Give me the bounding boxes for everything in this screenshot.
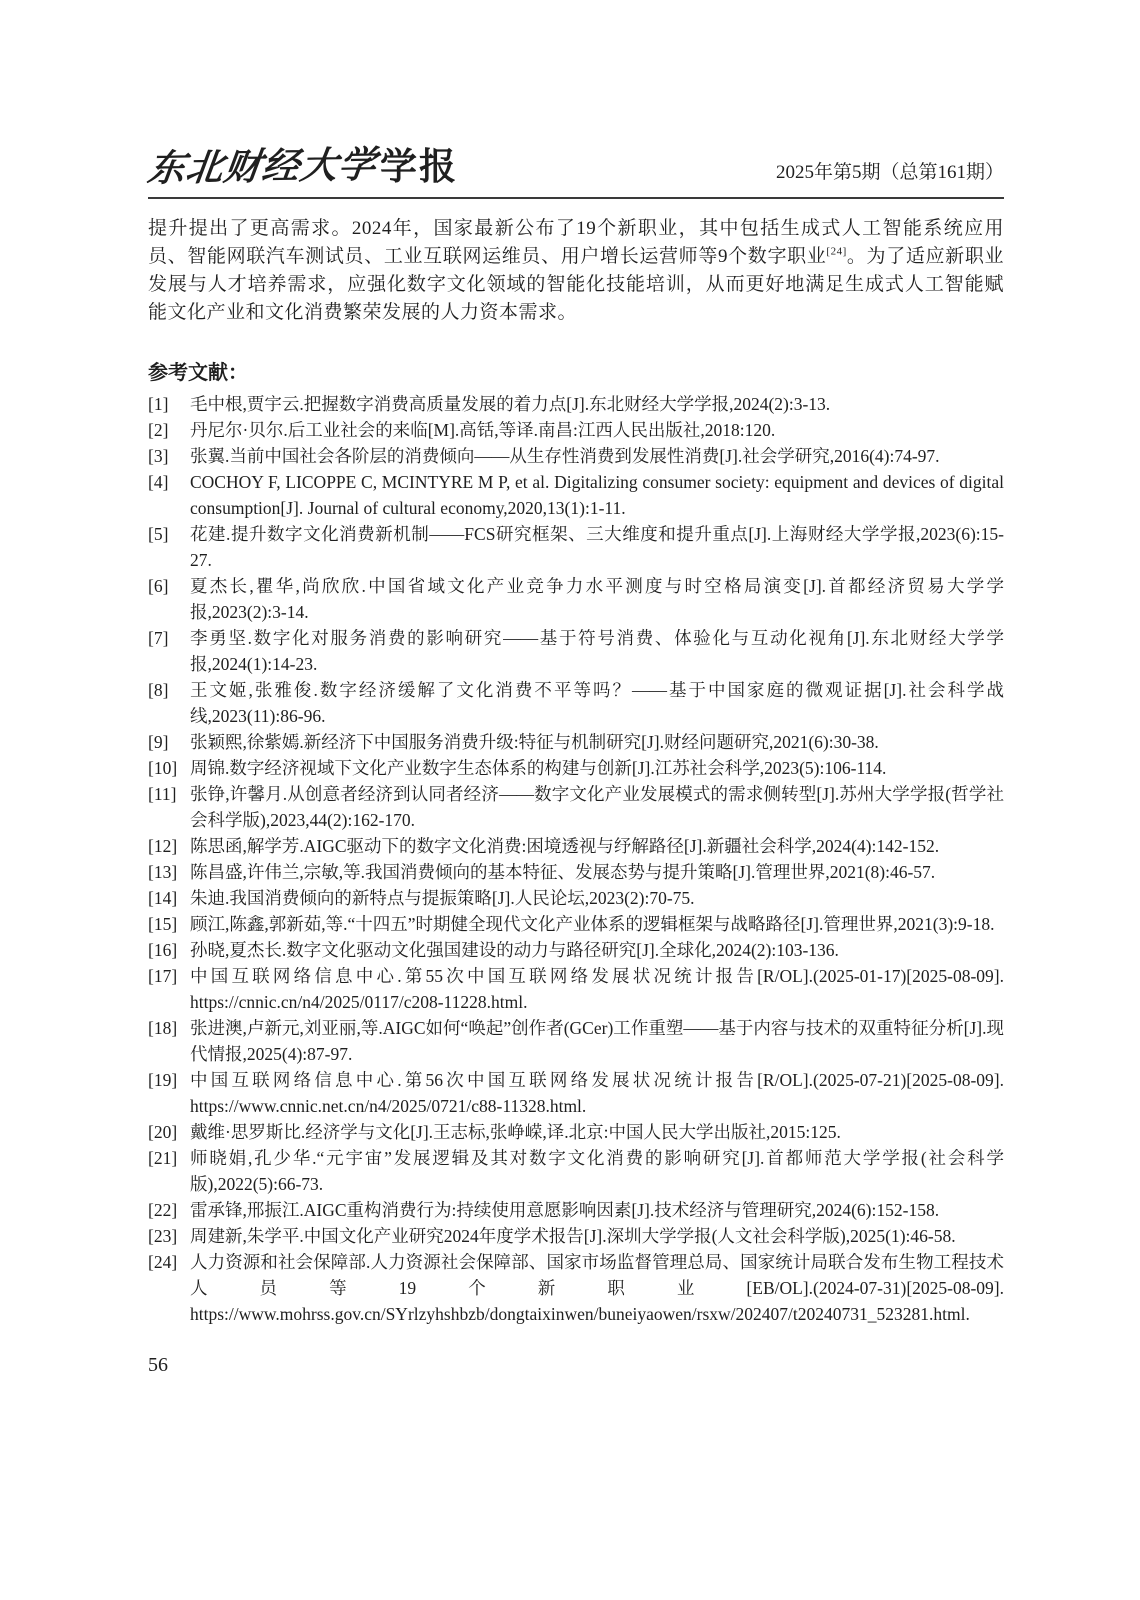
reference-item: [5]花建.提升数字文化消费新机制——FCS研究框架、三大维度和提升重点[J].… [148,521,1004,573]
reference-number: [10] [148,755,177,781]
reference-item: [21]师晓娟,孔少华.“元宇宙”发展逻辑及其对数字文化消费的影响研究[J].首… [148,1145,1004,1197]
reference-number: [12] [148,833,177,859]
reference-item: [22]雷承锋,邢振江.AIGC重构消费行为:持续使用意愿影响因素[J].技术经… [148,1197,1004,1223]
reference-text: 张颖熙,徐紫嫣.新经济下中国服务消费升级:特征与机制研究[J].财经问题研究,2… [190,732,879,752]
reference-item: [12]陈思函,解学芳.AIGC驱动下的数字文化消费:困境透视与纾解路径[J].… [148,833,1004,859]
page-header: 东北财经大学学报 2025年第5期（总第161期） [148,146,1004,199]
journal-name-suffix: 学报 [380,146,458,190]
reference-number: [1] [148,391,168,417]
reference-text: 王文姬,张雅俊.数字经济缓解了文化消费不平等吗？——基于中国家庭的微观证据[J]… [190,680,1004,726]
reference-number: [22] [148,1197,177,1223]
reference-text: 张翼.当前中国社会各阶层的消费倾向——从生存性消费到发展性消费[J].社会学研究… [190,446,940,466]
reference-item: [6]夏杰长,瞿华,尚欣欣.中国省域文化产业竞争力水平测度与时空格局演变[J].… [148,573,1004,625]
reference-number: [24] [148,1249,177,1275]
reference-item: [16]孙晓,夏杰长.数字文化驱动文化强国建设的动力与路径研究[J].全球化,2… [148,937,1004,963]
reference-text: 李勇坚.数字化对服务消费的影响研究——基于符号消费、体验化与互动化视角[J].东… [190,628,1004,674]
reference-item: [1]毛中根,贾宇云.把握数字消费高质量发展的着力点[J].东北财经大学学报,2… [148,391,1004,417]
reference-text: 夏杰长,瞿华,尚欣欣.中国省域文化产业竞争力水平测度与时空格局演变[J].首都经… [190,576,1004,622]
reference-number: [2] [148,417,168,443]
reference-text: 花建.提升数字文化消费新机制——FCS研究框架、三大维度和提升重点[J].上海财… [190,524,1004,570]
reference-text: 朱迪.我国消费倾向的新特点与提振策略[J].人民论坛,2023(2):70-75… [190,888,695,908]
reference-number: [17] [148,963,177,989]
reference-text: 张铮,许馨月.从创意者经济到认同者经济——数字文化产业发展模式的需求侧转型[J]… [190,784,1004,830]
reference-number: [8] [148,677,168,703]
reference-item: [3]张翼.当前中国社会各阶层的消费倾向——从生存性消费到发展性消费[J].社会… [148,443,1004,469]
reference-text: 戴维·思罗斯比.经济学与文化[J].王志标,张峥嵘,译.北京:中国人民大学出版社… [190,1122,841,1142]
reference-number: [20] [148,1119,177,1145]
reference-text: 人力资源和社会保障部.人力资源社会保障部、国家市场监督管理总局、国家统计局联合发… [190,1252,1004,1324]
reference-number: [16] [148,937,177,963]
journal-name-calligraphy: 东北财经大学 [145,144,379,192]
reference-number: [6] [148,573,168,599]
reference-number: [15] [148,911,177,937]
reference-item: [18]张进澳,卢新元,刘亚丽,等.AIGC如何“唤起”创作者(GCer)工作重… [148,1015,1004,1067]
reference-text: 周建新,朱学平.中国文化产业研究2024年度学术报告[J].深圳大学学报(人文社… [190,1226,956,1246]
reference-item: [8]王文姬,张雅俊.数字经济缓解了文化消费不平等吗？——基于中国家庭的微观证据… [148,677,1004,729]
reference-text: 陈昌盛,许伟兰,宗敏,等.我国消费倾向的基本特征、发展态势与提升策略[J].管理… [190,862,935,882]
reference-number: [14] [148,885,177,911]
reference-text: 陈思函,解学芳.AIGC驱动下的数字文化消费:困境透视与纾解路径[J].新疆社会… [190,836,939,856]
reference-text: 中国互联网络信息中心.第55次中国互联网络发展状况统计报告[R/OL].(202… [190,966,1004,1012]
reference-item: [10]周锦.数字经济视域下文化产业数字生态体系的构建与创新[J].江苏社会科学… [148,755,1004,781]
reference-number: [9] [148,729,168,755]
journal-logo: 东北财经大学学报 [148,146,458,190]
citation-superscript: [24] [826,246,846,258]
reference-text: 孙晓,夏杰长.数字文化驱动文化强国建设的动力与路径研究[J].全球化,2024(… [190,940,839,960]
issue-info: 2025年第5期（总第161期） [776,161,1004,190]
reference-text: 师晓娟,孔少华.“元宇宙”发展逻辑及其对数字文化消费的影响研究[J].首都师范大… [190,1148,1004,1194]
reference-item: [2]丹尼尔·贝尔.后工业社会的来临[M].高铦,等译.南昌:江西人民出版社,2… [148,417,1004,443]
reference-item: [9]张颖熙,徐紫嫣.新经济下中国服务消费升级:特征与机制研究[J].财经问题研… [148,729,1004,755]
reference-text: 丹尼尔·贝尔.后工业社会的来临[M].高铦,等译.南昌:江西人民出版社,2018… [190,420,775,440]
reference-number: [18] [148,1015,177,1041]
reference-number: [19] [148,1067,177,1093]
reference-number: [7] [148,625,168,651]
reference-text: 周锦.数字经济视域下文化产业数字生态体系的构建与创新[J].江苏社会科学,202… [190,758,886,778]
reference-text: 毛中根,贾宇云.把握数字消费高质量发展的着力点[J].东北财经大学学报,2024… [190,394,830,414]
reference-number: [4] [148,469,168,495]
reference-item: [19]中国互联网络信息中心.第56次中国互联网络发展状况统计报告[R/OL].… [148,1067,1004,1119]
reference-text: 张进澳,卢新元,刘亚丽,等.AIGC如何“唤起”创作者(GCer)工作重塑——基… [190,1018,1004,1064]
reference-item: [24]人力资源和社会保障部.人力资源社会保障部、国家市场监督管理总局、国家统计… [148,1249,1004,1327]
reference-text: COCHOY F, LICOPPE C, MCINTYRE M P, et al… [190,472,1004,518]
reference-item: [20]戴维·思罗斯比.经济学与文化[J].王志标,张峥嵘,译.北京:中国人民大… [148,1119,1004,1145]
reference-item: [7]李勇坚.数字化对服务消费的影响研究——基于符号消费、体验化与互动化视角[J… [148,625,1004,677]
reference-text: 中国互联网络信息中心.第56次中国互联网络发展状况统计报告[R/OL].(202… [190,1070,1004,1116]
reference-number: [13] [148,859,177,885]
reference-number: [23] [148,1223,177,1249]
page-number: 56 [148,1354,1004,1377]
reference-item: [23]周建新,朱学平.中国文化产业研究2024年度学术报告[J].深圳大学学报… [148,1223,1004,1249]
reference-number: [5] [148,521,168,547]
reference-item: [4]COCHOY F, LICOPPE C, MCINTYRE M P, et… [148,469,1004,521]
reference-text: 顾江,陈鑫,郭新茹,等.“十四五”时期健全现代文化产业体系的逻辑框架与战略路径[… [190,914,994,934]
reference-item: [13]陈昌盛,许伟兰,宗敏,等.我国消费倾向的基本特征、发展态势与提升策略[J… [148,859,1004,885]
reference-item: [15]顾江,陈鑫,郭新茹,等.“十四五”时期健全现代文化产业体系的逻辑框架与战… [148,911,1004,937]
reference-item: [11]张铮,许馨月.从创意者经济到认同者经济——数字文化产业发展模式的需求侧转… [148,781,1004,833]
reference-item: [17]中国互联网络信息中心.第55次中国互联网络发展状况统计报告[R/OL].… [148,963,1004,1015]
reference-text: 雷承锋,邢振江.AIGC重构消费行为:持续使用意愿影响因素[J].技术经济与管理… [190,1200,939,1220]
continued-paragraph: 提升提出了更高需求。2024年，国家最新公布了19个新职业，其中包括生成式人工智… [148,215,1004,327]
reference-number: [21] [148,1145,177,1171]
reference-item: [14]朱迪.我国消费倾向的新特点与提振策略[J].人民论坛,2023(2):7… [148,885,1004,911]
references-title: 参考文献： [148,360,1004,386]
reference-number: [3] [148,443,168,469]
journal-page: 东北财经大学学报 2025年第5期（总第161期） 提升提出了更高需求。2024… [0,0,1140,1600]
references-list: [1]毛中根,贾宇云.把握数字消费高质量发展的着力点[J].东北财经大学学报,2… [148,391,1004,1327]
reference-number: [11] [148,781,177,807]
